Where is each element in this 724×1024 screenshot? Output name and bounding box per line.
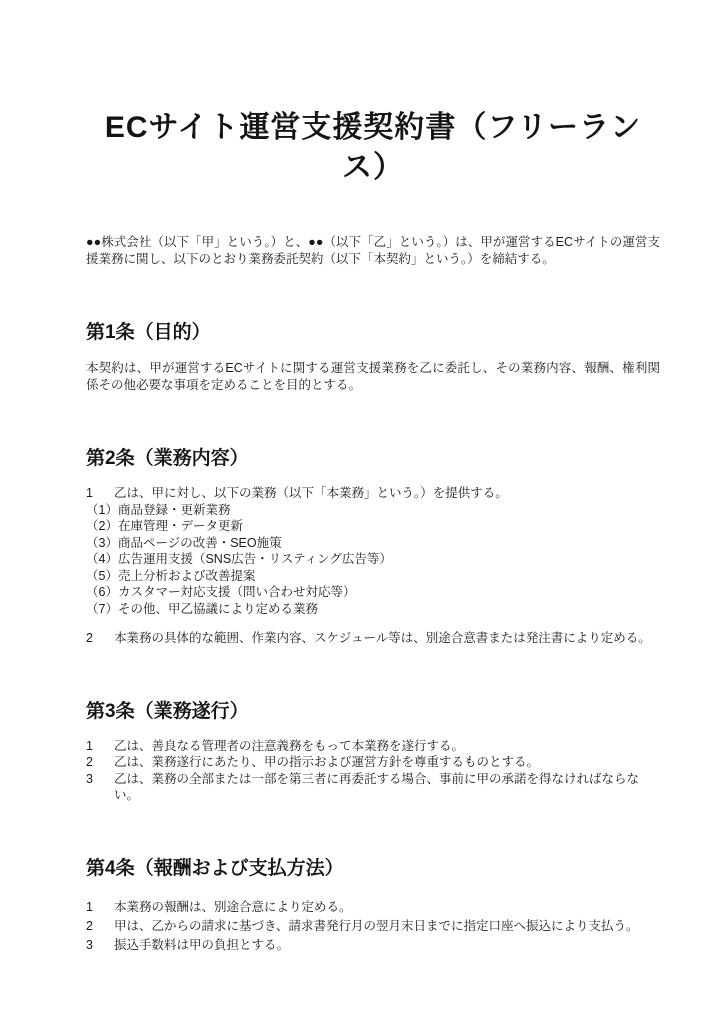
numbered-item: 1 乙は、善良なる管理者の注意義務をもって本業務を遂行する。	[86, 738, 660, 755]
item-text: 乙は、善良なる管理者の注意義務をもって本業務を遂行する。	[114, 738, 660, 755]
item-text: 乙は、業務遂行にあたり、甲の指示および運営方針を尊重するものとする。	[114, 754, 660, 771]
numbered-item: 2 乙は、業務遂行にあたり、甲の指示および運営方針を尊重するものとする。	[86, 754, 660, 771]
sub-list-item: （3）商品ページの改善・SEO施策	[86, 535, 660, 552]
item-text: 乙は、甲に対し、以下の業務（以下「本業務」という。）を提供する。	[114, 485, 660, 502]
numbered-item: 2 甲は、乙からの請求に基づき、請求書発行月の翌月末日までに指定口座へ振込により…	[86, 917, 660, 936]
article-3-content: 1 乙は、善良なる管理者の注意義務をもって本業務を遂行する。 2 乙は、業務遂行…	[86, 738, 660, 804]
item-text: 本業務の報酬は、別途合意により定める。	[114, 898, 660, 917]
numbered-item: 2 本業務の具体的な範囲、作業内容、スケジュール等は、別途合意書または発注書によ…	[86, 630, 660, 647]
item-number: 1	[86, 898, 114, 917]
numbered-item: 3 振込手数料は甲の負担とする。	[86, 936, 660, 955]
article-4-content: 1 本業務の報酬は、別途合意により定める。 2 甲は、乙からの請求に基づき、請求…	[86, 898, 660, 955]
article-1-heading: 第1条（目的）	[86, 320, 660, 346]
item-number: 2	[86, 917, 114, 936]
sub-list-item: （7）その他、甲乙協議により定める業務	[86, 601, 660, 618]
article-1-body: 本契約は、甲が運営するECサイトに関する運営支援業務を乙に委託し、その業務内容、…	[86, 360, 660, 394]
item-text: 乙は、業務の全部または一部を第三者に再委託する場合、事前に甲の承諾を得なければな…	[114, 771, 660, 804]
item-text: 本業務の具体的な範囲、作業内容、スケジュール等は、別途合意書または発注書により定…	[114, 630, 660, 647]
document-title: ECサイト運営支援契約書（フリーランス）	[86, 108, 660, 188]
article-3-heading: 第3条（業務遂行）	[86, 699, 660, 725]
item-number: 1	[86, 485, 114, 502]
sub-list-item: （6）カスタマー対応支援（問い合わせ対応等）	[86, 584, 660, 601]
item-number: 2	[86, 754, 114, 771]
item-number: 1	[86, 738, 114, 755]
article-2: 第2条（業務内容） 1 乙は、甲に対し、以下の業務（以下「本業務」という。）を提…	[86, 446, 660, 647]
preamble-paragraph: ●●株式会社（以下「甲」という。）と、●●（以下「乙」という。）は、甲が運営する…	[86, 234, 660, 268]
item-text: 甲は、乙からの請求に基づき、請求書発行月の翌月末日までに指定口座へ振込により支払…	[114, 917, 660, 936]
article-1: 第1条（目的） 本契約は、甲が運営するECサイトに関する運営支援業務を乙に委託し…	[86, 320, 660, 394]
sub-list-item: （5）売上分析および改善提案	[86, 568, 660, 585]
sub-list-item: （1）商品登録・更新業務	[86, 502, 660, 519]
numbered-item: 1 乙は、甲に対し、以下の業務（以下「本業務」という。）を提供する。	[86, 485, 660, 502]
item-number: 2	[86, 630, 114, 647]
numbered-item: 3 乙は、業務の全部または一部を第三者に再委託する場合、事前に甲の承諾を得なけれ…	[86, 771, 660, 804]
article-4-heading: 第4条（報酬および支払方法）	[86, 856, 660, 882]
item-number: 3	[86, 771, 114, 788]
sub-list-item: （2）在庫管理・データ更新	[86, 518, 660, 535]
article-4: 第4条（報酬および支払方法） 1 本業務の報酬は、別途合意により定める。 2 甲…	[86, 856, 660, 955]
item-number: 3	[86, 936, 114, 955]
item-text: 振込手数料は甲の負担とする。	[114, 936, 660, 955]
numbered-item: 1 本業務の報酬は、別途合意により定める。	[86, 898, 660, 917]
article-3: 第3条（業務遂行） 1 乙は、善良なる管理者の注意義務をもって本業務を遂行する。…	[86, 699, 660, 804]
article-2-content: 1 乙は、甲に対し、以下の業務（以下「本業務」という。）を提供する。 （1）商品…	[86, 485, 660, 647]
article-2-heading: 第2条（業務内容）	[86, 446, 660, 472]
sub-list-item: （4）広告運用支援（SNS広告・リスティング広告等）	[86, 551, 660, 568]
contract-document-page: ECサイト運営支援契約書（フリーランス） ●●株式会社（以下「甲」という。）と、…	[0, 0, 724, 1024]
